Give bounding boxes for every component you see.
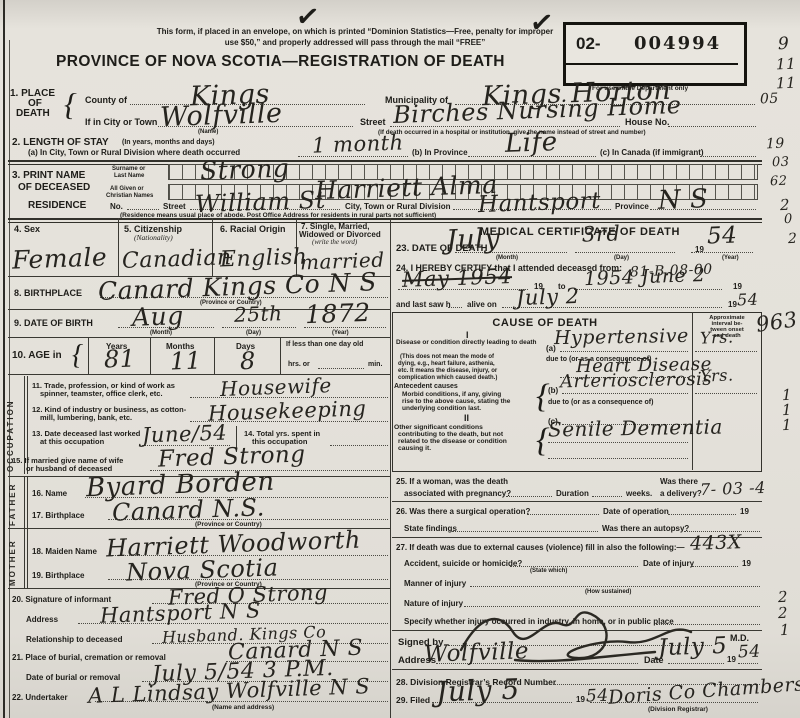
margin-code: 2	[788, 231, 798, 247]
last-saw-er-blank	[448, 307, 462, 308]
operation-blank	[527, 514, 599, 515]
autopsy-label: Was there an autopsy?	[602, 524, 689, 533]
undertaker-value: A L Lindsay Wolfville N S	[88, 674, 371, 708]
findings-label: State findings	[404, 524, 457, 533]
antecedent-text-2: rise to the above cause, stating the	[402, 398, 510, 405]
cause-p2-line-4: causing it.	[398, 445, 431, 452]
s2-subtitle: (In years, months and days)	[122, 139, 215, 146]
age-less-label: If less than one day old	[286, 341, 363, 348]
margin-code: 0	[784, 212, 793, 227]
dod-day-value: 3rd	[582, 221, 621, 246]
father-name-label: 16. Name	[32, 489, 67, 498]
interval-b-blank	[695, 393, 757, 394]
dod-month-sub: (Month)	[496, 255, 518, 261]
s14-blank	[330, 445, 388, 446]
cause-dueto-2: due to (or as a consequence of)	[548, 399, 653, 406]
signed-year-blank	[738, 663, 758, 664]
mother-border	[24, 528, 25, 588]
dob-month-value: Aug	[132, 301, 185, 332]
street-label: Street	[360, 117, 386, 127]
residence-no-blank	[127, 209, 159, 210]
residence-province-label: Province	[615, 202, 649, 211]
margin-code: 1	[782, 416, 793, 434]
operation-label: 26. Was there a surgical operation?	[396, 507, 530, 516]
margin-code: 1	[780, 621, 791, 639]
pregnancy-blank	[506, 496, 552, 497]
cause-a-value: Hypertensive	[554, 325, 689, 349]
surname-value: Strong	[200, 153, 290, 185]
s2b-value: Life	[504, 127, 558, 159]
margin-code: 11	[776, 74, 797, 93]
age-hrs-label: hrs. or	[288, 361, 310, 368]
external-causes-label: 27. If death was due to external causes …	[396, 543, 685, 552]
age-divider	[88, 337, 89, 374]
external-code-value: 443X	[690, 531, 743, 555]
interval-b-value: Yrs.	[700, 365, 734, 385]
margin-code: 19	[766, 136, 785, 153]
delivery-value: 7- 03 -4	[700, 478, 766, 499]
cause-p1-paren-2: dying, e.g., heart failure, asthenia,	[398, 361, 495, 367]
pregnancy-label-1: 25. If a woman, was the death	[396, 477, 508, 486]
duration-label: Duration	[556, 489, 589, 498]
dod-day-blank	[575, 252, 675, 253]
other-conditions-blank	[548, 442, 688, 443]
sex-value: Female	[12, 242, 108, 274]
residence-no-label: No.	[110, 202, 123, 211]
death-registration-form: This form, if placed in an envelope, on …	[0, 0, 800, 718]
age-min-label: min.	[368, 361, 382, 368]
antecedent-text-1: Morbid conditions, if any, giving	[402, 391, 501, 398]
binding-edge-line	[3, 0, 5, 718]
margin-code: 62	[770, 174, 788, 190]
city-town-label: If in City or Town	[85, 117, 157, 127]
injury-date-blank	[692, 566, 738, 567]
given-sublabel-2: Christian Names	[106, 193, 153, 199]
operation-date-label: Date of operation	[603, 507, 669, 516]
last-saw-label-1: and last saw h	[396, 300, 451, 309]
cause-p2-line-2: contributing to the death, but not	[398, 431, 503, 438]
s2a-value: 1 month	[312, 130, 404, 157]
filed-label: 29. Filed	[396, 695, 430, 705]
division-registrar-signature: Doris Co Chambers	[607, 673, 800, 709]
cause-p1-paren-3: etc. It means the disease, injury, or	[398, 368, 497, 374]
attended-to-value: 1954 June 2	[584, 264, 706, 290]
dod-day-sub: (Day)	[614, 255, 629, 261]
father-border	[24, 476, 25, 528]
residence-province-value: N S	[657, 184, 708, 216]
marital-label-3: (write the word)	[312, 238, 357, 246]
last-worked-value: June/54	[142, 421, 228, 448]
dod-year-sub: (Year)	[722, 255, 739, 261]
row-line	[392, 501, 762, 502]
age-hrs-blank	[318, 368, 364, 369]
racial-origin-value: English	[220, 244, 308, 272]
county-label: County of	[85, 95, 127, 105]
age-label: 10. AGE in	[12, 350, 62, 361]
margin-code: 2	[778, 604, 789, 622]
residence-street-label: Street	[163, 202, 186, 211]
manner-label: Manner of injury	[404, 579, 466, 588]
antecedent-brace: {	[536, 378, 550, 416]
burial-date-label: Date of burial or removal	[26, 673, 120, 682]
weeks-label: weeks.	[626, 489, 652, 498]
cause-p1: Disease or condition directly leading to…	[396, 339, 546, 346]
how-sustained-note: (How sustained)	[585, 589, 631, 595]
residence-city-value: Hantsport	[478, 188, 602, 218]
s3-label-1: 3. PRINT NAME	[12, 170, 85, 181]
burial-place-label: 21. Place of burial, cremation or remova…	[12, 653, 166, 662]
accident-blank	[510, 566, 638, 567]
cause-p1-paren-4: complication which caused death.)	[398, 375, 497, 381]
age-brace: {	[72, 340, 83, 372]
informant-address-label: Address	[26, 615, 58, 624]
s3-label-2: OF DECEASED	[18, 182, 90, 193]
last-saw-year-value: 54	[737, 290, 759, 310]
last-saw-19: 19	[728, 300, 737, 309]
given-sublabel-1: All Given or	[110, 186, 144, 192]
antecedent-label: Antecedent causes	[394, 383, 458, 390]
binding-edge-line-2	[9, 40, 10, 718]
signed-date-value: July 5	[658, 633, 728, 661]
cause-roman-2: II	[464, 413, 469, 423]
s15-label-2: or husband of deceased	[26, 464, 112, 473]
cause-p1-paren-1: (This does not mean the mode of	[400, 354, 494, 360]
registration-number-prefix: 02-	[576, 34, 601, 54]
manner-blank	[470, 586, 760, 587]
filed-19: 19	[576, 695, 585, 704]
row-line	[8, 374, 390, 375]
birthplace-label: 8. BIRTHPLACE	[14, 288, 82, 298]
last-saw-value: July 2	[516, 284, 580, 310]
dob-day-value: 25th	[234, 301, 283, 327]
dod-year-blank	[691, 252, 753, 253]
margin-code: 03	[772, 155, 790, 171]
operation-19: 19	[740, 507, 749, 516]
attended-from-value: May 1954	[402, 264, 513, 292]
signed-date-blank	[668, 663, 724, 664]
row-line	[392, 669, 762, 670]
registration-number-stamp: 004994	[634, 33, 721, 54]
age-months-value: 11	[170, 346, 203, 375]
cause-p2-line-3: related to the disease or condition	[398, 438, 507, 445]
number-box-divider	[566, 63, 738, 65]
filed-date-value: July 5	[435, 673, 520, 709]
mother-maiden-label: 18. Maiden Name	[32, 547, 97, 556]
was-there-label: Was there	[660, 477, 698, 486]
age-divider	[150, 337, 151, 374]
sex-label: 4. Sex	[14, 224, 40, 234]
father-vertical-label: FATHER	[8, 482, 17, 526]
s11-label-2: spinner, teamster, office clerk, etc.	[40, 389, 163, 398]
house-no-blank	[668, 126, 756, 127]
citizenship-value: Canadian	[122, 245, 232, 274]
mail-note-line1: This form, if placed in an envelope, on …	[70, 27, 640, 36]
signed-year-value: 54	[738, 642, 761, 663]
rule-after-residence	[8, 218, 762, 223]
page-title: PROVINCE OF NOVA SCOTIA—REGISTRATION OF …	[56, 53, 505, 71]
other-conditions-blank-2	[548, 458, 688, 459]
house-no-label: House No.	[625, 117, 670, 127]
doctor-address-value: Wolfville	[424, 638, 530, 668]
injury-19: 19	[742, 559, 751, 568]
dob-year-value: 1872	[305, 298, 372, 329]
city-town-value: Wolfville	[159, 98, 282, 133]
date-of-birth-label: 9. DATE OF BIRTH	[14, 318, 93, 328]
row-line	[8, 337, 390, 338]
surname-sublabel-1: Surname or	[112, 166, 145, 172]
division-registrar-subnote: (Division Registrar)	[648, 706, 708, 713]
antecedent-text-3: underlying condition last.	[402, 405, 481, 412]
s12-label-2: mill, lumbering, bank, etc.	[40, 413, 132, 422]
residence-city-label: City, Town or Rural Division	[345, 202, 451, 211]
father-birthplace-label: 17. Birthplace	[32, 511, 84, 520]
age-divider	[280, 337, 281, 374]
relationship-label: Relationship to deceased	[26, 635, 122, 644]
s2b-label: (b) In Province	[412, 148, 468, 157]
age-divider	[214, 337, 215, 374]
pregnancy-label-2: associated with pregnancy?	[404, 489, 511, 498]
interval-column-divider	[692, 312, 693, 470]
s2c-blank	[700, 156, 756, 157]
margin-code: 05	[760, 91, 779, 108]
injury-date-label: Date of injury	[643, 559, 694, 568]
age-days-value: 8	[240, 347, 257, 376]
checkmark-icon: ✓	[528, 5, 556, 41]
racial-origin-label: 6. Racial Origin	[220, 224, 286, 234]
undertaker-subnote: (Name and address)	[212, 704, 274, 711]
undertaker-label: 22. Undertaker	[12, 693, 68, 702]
dob-year-sub: (Year)	[332, 330, 349, 336]
dod-year-value: 54	[707, 222, 738, 249]
column-divider	[390, 218, 391, 718]
father-birthplace-subnote: (Province or Country)	[195, 521, 262, 528]
other-conditions-value: Senile Dementia	[548, 414, 723, 441]
signed-19: 19	[727, 655, 736, 664]
checkmark-icon: ✓	[294, 0, 322, 34]
trade-value: Housewife	[220, 373, 332, 401]
findings-blank	[452, 531, 598, 532]
operation-date-blank	[668, 514, 736, 515]
s2c-label: (c) In Canada (if immigrant)	[600, 148, 704, 157]
cause-b-label: (b)	[548, 386, 558, 395]
duration-blank	[592, 496, 622, 497]
delivery-label: a delivery?	[660, 489, 702, 498]
interval-a-value: Yrs.	[700, 327, 734, 347]
interval-a-blank	[695, 351, 757, 352]
margin-code: 11	[776, 55, 797, 74]
cause-p2-line-1: Other significant conditions	[394, 424, 483, 431]
accident-label: Accident, suicide or homicide?	[404, 559, 522, 568]
dob-day-sub: (Day)	[246, 330, 261, 336]
mother-border-2	[27, 528, 28, 588]
residence-label: RESIDENCE	[28, 200, 86, 211]
dob-day-blank	[222, 327, 296, 328]
mail-note-line2: use $50,” and properly addressed will pa…	[70, 38, 640, 47]
margin-code: 9	[778, 34, 790, 54]
citizenship-sublabel: (Nationality)	[134, 233, 173, 242]
margin-code: 963	[755, 307, 800, 337]
cause-b-value: Arteriosclerosis	[560, 369, 712, 393]
last-saw-label-2: alive on	[467, 300, 497, 309]
father-border-2	[27, 476, 28, 528]
mother-vertical-label: MOTHER	[8, 534, 17, 586]
s1-label-3: DEATH	[16, 108, 50, 119]
cell-divider	[118, 218, 119, 276]
state-which-note: (State which)	[530, 568, 567, 574]
dod-month-value: July	[445, 223, 500, 256]
informant-label: 20. Signature of informant	[12, 595, 111, 604]
s13-label-2: at this occupation	[40, 437, 104, 446]
s2-title: 2. LENGTH OF STAY	[12, 137, 109, 148]
name-note: (Name)	[198, 129, 218, 135]
age-years-value: 81	[104, 344, 137, 373]
cause-a-blank	[560, 351, 688, 352]
dob-month-sub: (Month)	[150, 330, 172, 336]
mother-birthplace-label: 19. Birthplace	[32, 571, 84, 580]
surname-sublabel-2: Last Name	[114, 173, 144, 179]
cause-b-blank	[562, 393, 688, 394]
s1-brace: {	[64, 86, 77, 123]
